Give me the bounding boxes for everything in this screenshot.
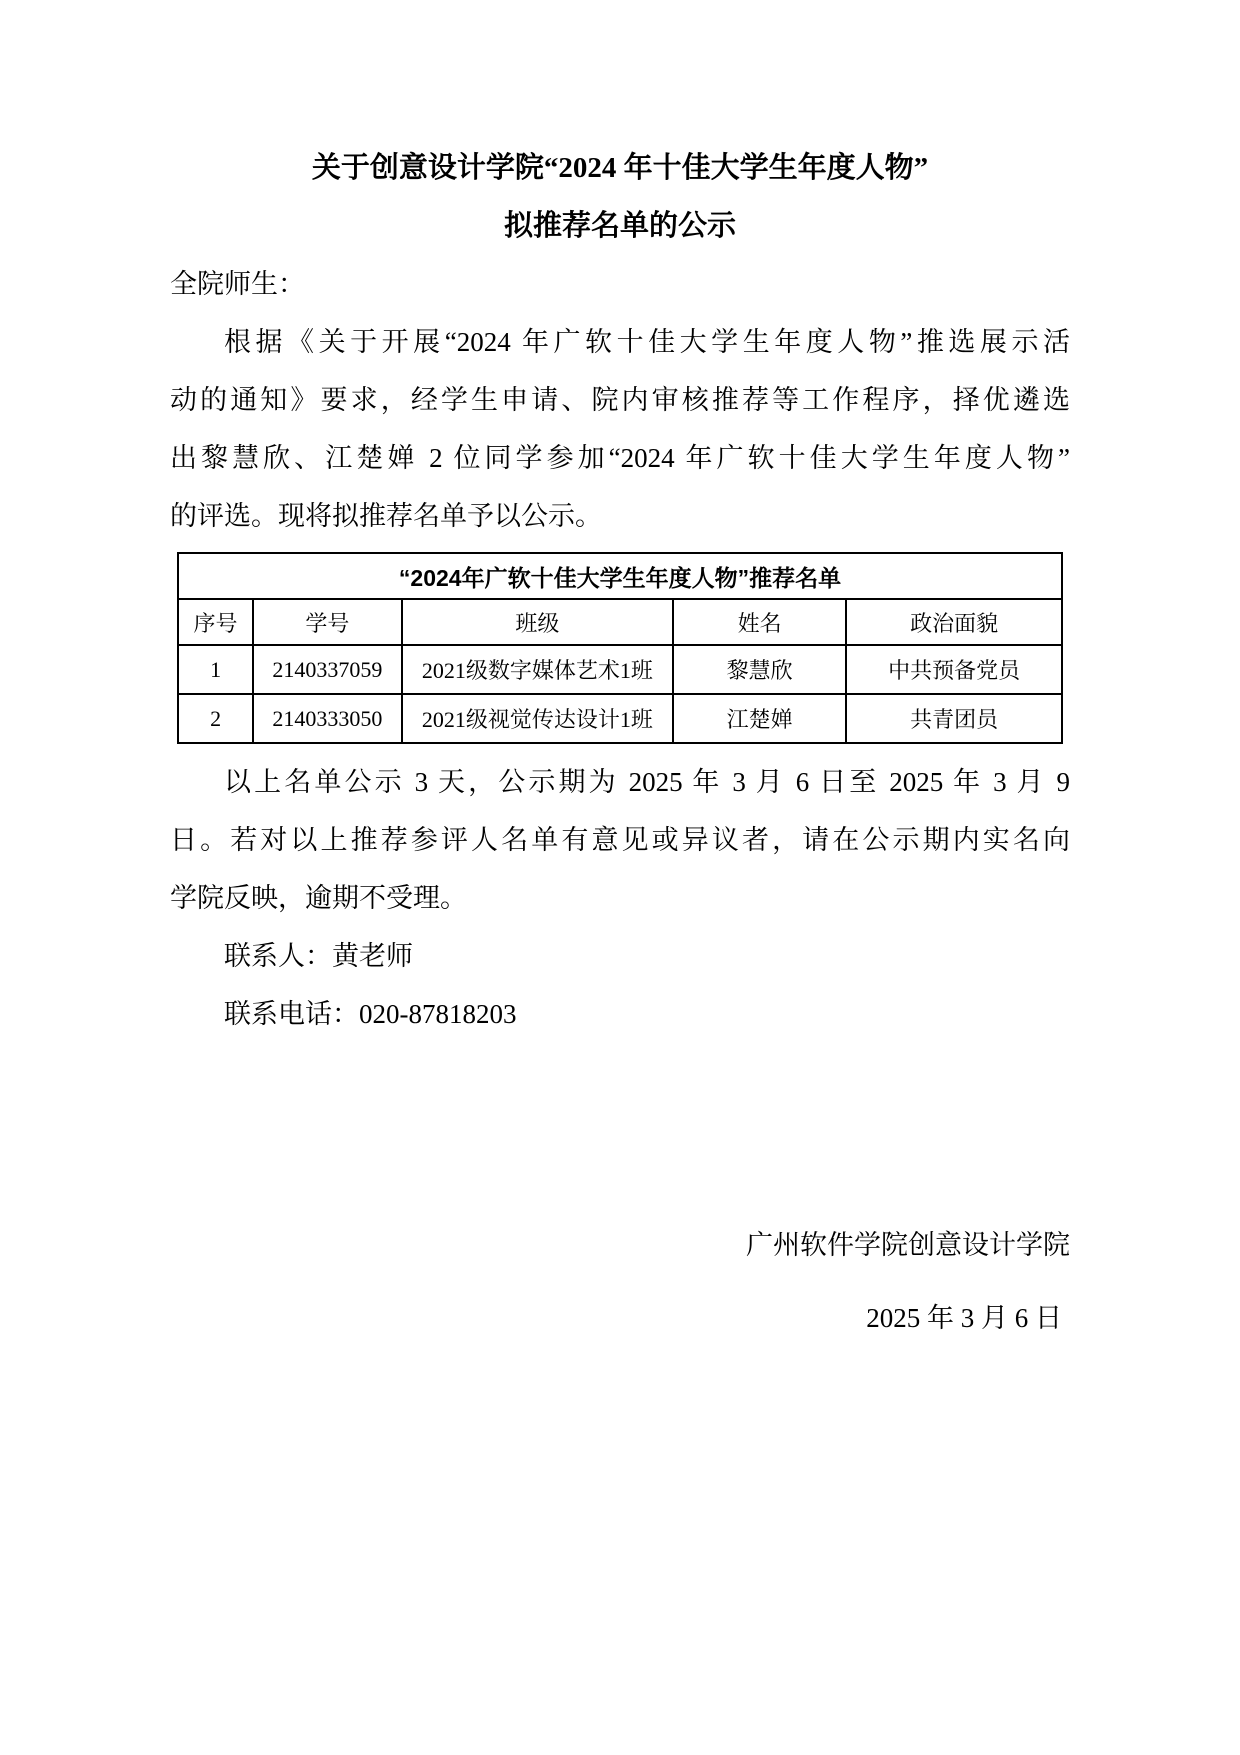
paragraph-1-line-3: 出黎慧欣、江楚婵 2 位同学参加“2024 年广软十佳大学生年度人物” — [170, 429, 1070, 487]
document-title-line-2: 拟推荐名单的公示 — [170, 197, 1070, 255]
paragraph-2: 以上名单公示 3 天，公示期为 2025 年 3 月 6 日至 2025 年 3… — [170, 753, 1070, 927]
paragraph-2-line-2: 日。若对以上推荐参评人名单有意见或异议者，请在公示期内实名向 — [170, 811, 1070, 869]
signature-org-line: 广州软件学院创意设计学院 — [170, 1216, 1070, 1274]
table-title: “2024年广软十佳大学生年度人物”推荐名单 — [178, 553, 1062, 599]
cell-index: 1 — [178, 645, 253, 694]
signature-date-line: 2025 年 3 月 6 日 — [170, 1289, 1070, 1347]
cell-political-status: 中共预备党员 — [846, 645, 1062, 694]
paragraph-2-line-3: 学院反映，逾期不受理。 — [170, 869, 1070, 927]
cell-name: 江楚婵 — [673, 694, 846, 743]
column-header-student-id: 学号 — [253, 599, 402, 645]
cell-index: 2 — [178, 694, 253, 743]
column-header-index: 序号 — [178, 599, 253, 645]
cell-political-status: 共青团员 — [846, 694, 1062, 743]
paragraph-1-line-4: 的评选。现将拟推荐名单予以公示。 — [170, 487, 1070, 545]
cell-name: 黎慧欣 — [673, 645, 846, 694]
document-title-line-1: 关于创意设计学院“2024 年十佳大学生年度人物” — [170, 139, 1070, 197]
recommendation-table: “2024年广软十佳大学生年度人物”推荐名单 序号 学号 班级 姓名 政治面貌 … — [177, 552, 1063, 744]
contact-person-line: 联系人：黄老师 — [170, 927, 1070, 985]
salutation: 全院师生： — [170, 255, 1070, 313]
column-header-class: 班级 — [402, 599, 673, 645]
cell-class: 2021级视觉传达设计1班 — [402, 694, 673, 743]
paragraph-2-line-1: 以上名单公示 3 天，公示期为 2025 年 3 月 6 日至 2025 年 3… — [170, 753, 1070, 811]
paragraph-1-line-1: 根据《关于开展“2024 年广软十佳大学生年度人物”推选展示活 — [170, 313, 1070, 371]
paragraph-1-line-2: 动的通知》要求，经学生申请、院内审核推荐等工作程序，择优遴选 — [170, 371, 1070, 429]
table-header-row: 序号 学号 班级 姓名 政治面貌 — [178, 599, 1062, 645]
cell-class: 2021级数字媒体艺术1班 — [402, 645, 673, 694]
cell-student-id: 2140333050 — [253, 694, 402, 743]
table-title-row: “2024年广软十佳大学生年度人物”推荐名单 — [178, 553, 1062, 599]
cell-student-id: 2140337059 — [253, 645, 402, 694]
table-row: 1 2140337059 2021级数字媒体艺术1班 黎慧欣 中共预备党员 — [178, 645, 1062, 694]
table-row: 2 2140333050 2021级视觉传达设计1班 江楚婵 共青团员 — [178, 694, 1062, 743]
paragraph-1: 根据《关于开展“2024 年广软十佳大学生年度人物”推选展示活 动的通知》要求，… — [170, 313, 1070, 545]
notice-page: 关于创意设计学院“2024 年十佳大学生年度人物” 拟推荐名单的公示 全院师生：… — [0, 0, 1240, 1755]
column-header-name: 姓名 — [673, 599, 846, 645]
contact-phone-line: 联系电话：020-87818203 — [170, 985, 1070, 1043]
column-header-political-status: 政治面貌 — [846, 599, 1062, 645]
